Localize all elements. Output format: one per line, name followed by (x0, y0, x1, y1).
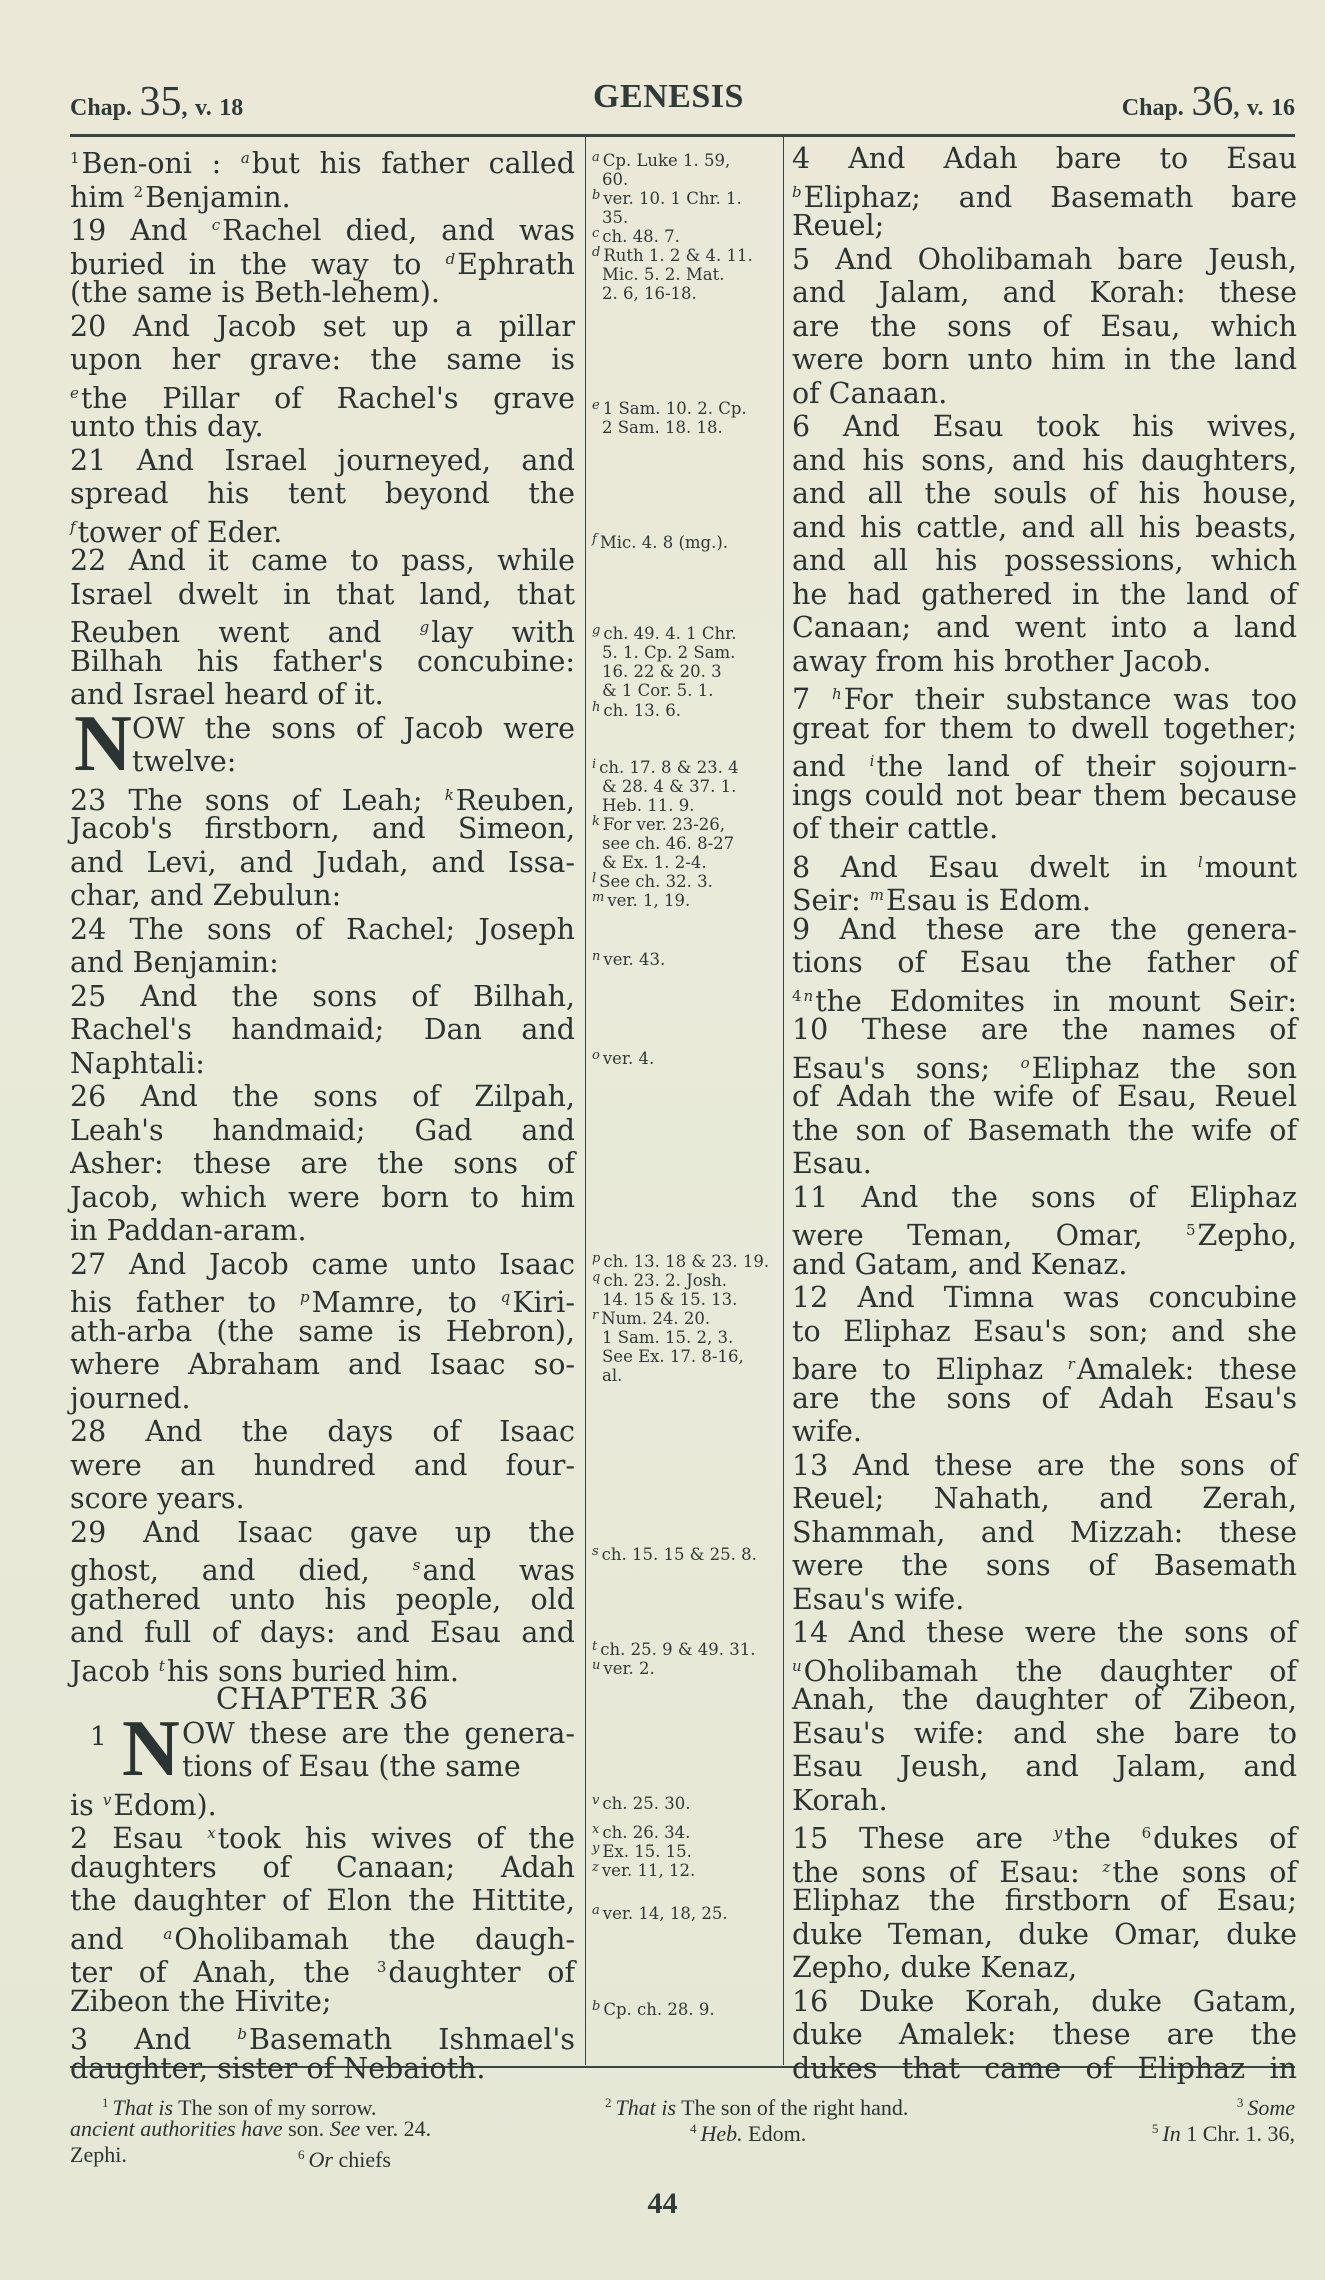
text-line: and Jalam, and Korah: these (792, 276, 1297, 310)
text-line: 19 And cRachel died, and was (70, 209, 575, 243)
reference-letter: f (592, 532, 597, 547)
cross-reference-a: aCp. Luke 1. 59,60. (592, 148, 776, 189)
text-block-36-1-3: is vEdom). 2 Esau xtook his wives of the… (70, 1784, 575, 2086)
text-line: Shammah, and Mizzah: these (792, 1516, 1297, 1550)
reference-letter: x (592, 1822, 599, 1837)
text-line: Esau's sons; oEliphaz the son (792, 1047, 1297, 1081)
reference-letter: t (592, 1639, 597, 1654)
text-line: Esau Jeush, and Jalam, and (792, 1750, 1297, 1784)
text-line: were the sons of Basemath (792, 1549, 1297, 1583)
footnotes: 1That is The son of my sorrow. 2That is … (70, 2090, 1295, 2168)
text-line: and Israel heard of it. (70, 678, 575, 712)
text-line: 12 And Timna was concubine (792, 1281, 1297, 1315)
footnote-marker: 2 (134, 183, 144, 201)
drop-cap: N (74, 708, 132, 780)
footnote-line-2: ancient authorities have son. See ver. 2… (70, 2116, 1295, 2142)
cross-reference-marker: b (237, 2025, 247, 2043)
text-line: bare to Eliphaz rAmalek: these (792, 1348, 1297, 1382)
text-line: to Eliphaz Esau's son; and she (792, 1315, 1297, 1349)
drop-line-1: OW these are the genera- (182, 1717, 575, 1751)
drop-line-2: tions of Esau (the same (182, 1750, 575, 1784)
reference-letter: b (592, 1999, 600, 2014)
text-line: Reuel; (792, 209, 1297, 243)
text-line: 2 Esau xtook his wives of the (70, 1817, 575, 1851)
text-line: wife. (792, 1415, 1297, 1449)
text-line: and Levi, and Judah, and Issa- (70, 846, 575, 880)
running-head: Chap. 35, v. 18 GENESIS Chap. 36, v. 16 (70, 78, 1295, 128)
text-line: daughters of Canaan; Adah (70, 1851, 575, 1885)
text-line: gathered unto his people, old (70, 1583, 575, 1617)
footnote-line-1: 1That is The son of my sorrow. 2That is … (70, 2090, 1295, 2116)
cross-reference-marker: s (413, 1556, 421, 1574)
text-line: and all the souls of his house, (792, 477, 1297, 511)
cross-reference-d: dRuth 1. 2 & 4. 11.Mic. 5. 2. Mat.2. 6, … (592, 243, 776, 303)
cross-reference-marker: e (70, 384, 79, 402)
header-rule (70, 134, 1295, 137)
cross-reference-marker: f (70, 518, 76, 536)
text-line: Jacob, which were born to him (70, 1181, 575, 1215)
text-line: 27 And Jacob came unto Isaac (70, 1248, 575, 1282)
footnote-line-3: Zephi. 6Or chiefs (70, 2142, 1295, 2168)
text-line: Israel dwelt in that land, that (70, 578, 575, 612)
column-divider-left (585, 137, 586, 2065)
column-divider-right (783, 137, 784, 2065)
text-line: 10 These are the names of (792, 1013, 1297, 1047)
reference-letter: h (592, 700, 600, 715)
text-line: Seir: mEsau is Edom. (792, 879, 1297, 913)
text-line: daughter, sister of Nebaioth. (70, 2052, 575, 2086)
text-line: ter of Anah, the 3daughter of (70, 1951, 575, 1985)
reference-letter: a (592, 1903, 600, 1918)
chap-label-left: Chap. (70, 95, 132, 121)
text-line: of their cattle. (792, 812, 1297, 846)
text-line: away from his brother Jacob. (792, 645, 1297, 679)
text-line: Canaan; and went into a land (792, 611, 1297, 645)
footnote-marker: 3 (377, 1958, 387, 1976)
cross-reference-marker: q (501, 1288, 511, 1306)
cross-reference-b: bCp. ch. 28. 9. (592, 1997, 776, 2019)
text-line: duke Amalek: these are the (792, 2018, 1297, 2052)
text-line: Esau's wife. (792, 1583, 1297, 1617)
cross-reference-o: over. 4. (592, 1046, 776, 1068)
text-line: bEliphaz; and Basemath bare (792, 176, 1297, 210)
text-line: dukes that came of Eliphaz in (792, 2052, 1297, 2086)
reference-letter: i (592, 757, 596, 772)
reference-letter: v (592, 1793, 599, 1808)
cross-reference-marker: p (300, 1288, 310, 1306)
cross-reference-marker: y (1054, 1824, 1062, 1842)
text-line: 20 And Jacob set up a pillar (70, 310, 575, 344)
cross-reference-marker: l (1198, 853, 1203, 871)
text-line: and his sons, and his daughters, (792, 444, 1297, 478)
text-line: Naphtali: (70, 1047, 575, 1081)
reference-letter: z (592, 1860, 599, 1875)
text-line: were Teman, Omar, 5Zepho, (792, 1214, 1297, 1248)
text-line: ethe Pillar of Rachel's grave (70, 377, 575, 411)
text-line: were an hundred and four- (70, 1449, 575, 1483)
cross-reference-v: vch. 25. 30. (592, 1791, 776, 1813)
text-line: and full of days: and Esau and (70, 1616, 575, 1650)
text-line: where Abraham and Isaac so- (70, 1348, 575, 1382)
text-line: of Adah the wife of Esau, Reuel (792, 1080, 1297, 1114)
text-line: the daughter of Elon the Hittite, (70, 1884, 575, 1918)
text-line: 3 And bBasemath Ishmael's (70, 2018, 575, 2052)
page-number: 44 (0, 2187, 1325, 2221)
text-line: tions of Esau the father of (792, 946, 1297, 980)
cross-reference-m: mver. 1, 19. (592, 888, 776, 910)
text-line: score years. (70, 1482, 575, 1516)
verse-number: 1 (90, 1721, 107, 1755)
drop-line-1: OW the sons of Jacob were (132, 712, 575, 746)
cross-reference-marker: o (1021, 1054, 1030, 1072)
text-line: of Canaan. (792, 377, 1297, 411)
cross-reference-marker: r (1068, 1355, 1075, 1373)
text-line: buried in the way to dEphrath (70, 243, 575, 277)
reference-letter: k (592, 814, 600, 829)
footnote-marker: 6 (1142, 1824, 1152, 1842)
text-line: Leah's handmaid; Gad and (70, 1114, 575, 1148)
running-head-left: Chap. 35, v. 18 (70, 78, 243, 126)
footnote-5-continued: Zephi. (70, 2142, 127, 2168)
text-line: great for them to dwell together; (792, 712, 1297, 746)
reference-letter: g (592, 623, 600, 638)
text-line: 9 And these are the genera- (792, 913, 1297, 947)
cross-reference-s: sch. 15. 15 & 25. 8. (592, 1542, 776, 1564)
text-line: are the sons of Adah Esau's (792, 1382, 1297, 1416)
text-line: 1Ben-oni : abut his father called (70, 142, 575, 176)
text-line: the son of Basemath the wife of (792, 1114, 1297, 1148)
right-text-column: 4 And Adah bare to EsaubEliphaz; and Bas… (792, 142, 1297, 2085)
reference-letter: e (592, 398, 600, 413)
cross-reference-marker: a (241, 149, 250, 167)
chap-number-left: 35 (140, 79, 182, 125)
text-line: he had gathered in the land of (792, 578, 1297, 612)
cross-reference-k: kFor ver. 23-26,see ch. 46. 8-27& Ex. 1.… (592, 812, 776, 872)
text-line: 14 And these were the sons of (792, 1616, 1297, 1650)
reference-letter: a (592, 150, 600, 165)
text-line: are the sons of Esau, which (792, 310, 1297, 344)
text-line: 23 The sons of Leah; kReuben, (70, 779, 575, 813)
running-head-right: Chap. 36, v. 16 (1122, 78, 1295, 126)
cross-reference-q: qch. 23. 2. Josh.14. 15 & 15. 13. (592, 1268, 776, 1309)
chap-label-right: Chap. (1122, 95, 1184, 121)
footnote-marker: 5 (1186, 1221, 1196, 1239)
drop-cap-paragraph-chapter-36: 1 N OW these are the genera- tions of Es… (70, 1717, 575, 1784)
cross-reference-marker: x (207, 1824, 215, 1842)
text-line: ftower of Eder. (70, 511, 575, 545)
text-line: 7 hFor their substance was too (792, 678, 1297, 712)
text-line: char, and Zebulun: (70, 879, 575, 913)
text-line: upon her grave: the same is (70, 343, 575, 377)
cross-reference-u: uver. 2. (592, 1656, 776, 1678)
cross-reference-marker: k (445, 786, 454, 804)
text-line: journed. (70, 1382, 575, 1416)
text-line: Reuben went and glay with (70, 611, 575, 645)
footnote-marker: 4 (792, 987, 802, 1005)
bible-page: Chap. 35, v. 18 GENESIS Chap. 36, v. 16 … (0, 0, 1325, 2280)
cross-reference-b: bver. 10. 1 Chr. 1.35. (592, 186, 776, 227)
drop-line-2: twelve: (132, 745, 575, 779)
text-line: 4 And Adah bare to Esau (792, 142, 1297, 176)
footnote-3-continued: ancient authorities have son. See ver. 2… (70, 2116, 431, 2142)
text-line: 25 And the sons of Bilhah, (70, 980, 575, 1014)
text-line: Korah. (792, 1784, 1297, 1818)
text-line: duke Teman, duke Omar, duke (792, 1918, 1297, 1952)
text-line: Esau's wife: and she bare to (792, 1717, 1297, 1751)
cross-reference-marker: m (870, 886, 884, 904)
drop-cap-paragraph-jacob-sons: N OW the sons of Jacob were twelve: (70, 712, 575, 779)
text-line: 11 And the sons of Eliphaz (792, 1181, 1297, 1215)
text-line: Jacob this sons buried him. (70, 1650, 575, 1684)
text-block-35-23-29: 23 The sons of Leah; kReuben,Jacob's fir… (70, 779, 575, 1684)
text-line: the sons of Esau: zthe sons of (792, 1851, 1297, 1885)
text-line: 13 And these are the sons of (792, 1449, 1297, 1483)
text-line: ings could not bear them because (792, 779, 1297, 813)
chap-number-right: 36 (1191, 79, 1233, 125)
reference-letter: s (592, 1544, 599, 1559)
text-line: 21 And Israel journeyed, and (70, 444, 575, 478)
cross-reference-marker: g (420, 618, 430, 636)
cross-reference-f: fMic. 4. 8 (mg.). (592, 530, 776, 552)
cross-reference-marker: t (159, 1657, 165, 1675)
text-line: Bilhah his father's concubine: (70, 645, 575, 679)
text-line: his father to pMamre, to qKiri- (70, 1281, 575, 1315)
text-line: ghost, and died, sand was (70, 1549, 575, 1583)
text-line: uOholibamah the daughter of (792, 1650, 1297, 1684)
book-title: GENESIS (593, 78, 744, 116)
footnote-marker: 1 (70, 149, 80, 167)
text-line: and his cattle, and all his beasts, (792, 511, 1297, 545)
cross-reference-marker: z (1102, 1858, 1110, 1876)
text-line: and all his possessions, which (792, 544, 1297, 578)
text-line: unto this day. (70, 410, 575, 444)
text-line: and ithe land of their sojourn- (792, 745, 1297, 779)
cross-reference-marker: a (163, 1925, 172, 1943)
cross-reference-z: zver. 11, 12. (592, 1858, 776, 1880)
footnote-6: 6Or chiefs (298, 2142, 391, 2173)
reference-letter: m (592, 890, 604, 905)
text-line: (the same is Beth-lehem). (70, 276, 575, 310)
text-line: and aOholibamah the daugh- (70, 1918, 575, 1952)
reference-letter: u (592, 1658, 600, 1673)
text-line: ath-arba (the same is Hebron), (70, 1315, 575, 1349)
cross-reference-marker: d (446, 250, 456, 268)
drop-cap: N (122, 1713, 180, 1785)
text-line: Eliphaz the firstborn of Esau; (792, 1884, 1297, 1918)
cross-reference-h: hch. 13. 6. (592, 698, 776, 720)
text-line: 29 And Isaac gave up the (70, 1516, 575, 1550)
text-line: 5 And Oholibamah bare Jeush, (792, 243, 1297, 277)
text-line: Asher: these are the sons of (70, 1147, 575, 1181)
cross-reference-marker: u (792, 1657, 802, 1675)
text-line: 4nthe Edomites in mount Seir: (792, 980, 1297, 1014)
reference-letter: o (592, 1048, 600, 1063)
text-line: and Benjamin: (70, 946, 575, 980)
cross-reference-r: rNum. 24. 20.1 Sam. 15. 2, 3.See Ex. 17.… (592, 1306, 776, 1385)
cross-reference-marker: v (103, 1791, 111, 1809)
reference-letter: l (592, 871, 596, 886)
cross-reference-a: aver. 14, 18, 25. (592, 1901, 776, 1923)
cross-reference-marker: c (212, 216, 220, 234)
text-line: spread his tent beyond the (70, 477, 575, 511)
left-text-column: 1Ben-oni : abut his father calledhim 2Be… (70, 142, 575, 2085)
verse-label-left: v. (195, 95, 212, 121)
text-line: Zibeon the Hivite; (70, 1985, 575, 2019)
reference-letter: c (592, 226, 599, 241)
cross-reference-marker: n (804, 987, 814, 1005)
verse-number-left: 18 (219, 95, 243, 121)
text-line: 26 And the sons of Zilpah, (70, 1080, 575, 1114)
text-line: 6 And Esau took his wives, (792, 410, 1297, 444)
cross-reference-e: e1 Sam. 10. 2. Cp.2 Sam. 18. 18. (592, 396, 776, 437)
cross-reference-marker: h (832, 685, 842, 703)
reference-letter: p (592, 1251, 600, 1266)
text-line: Jacob's firstborn, and Simeon, (70, 812, 575, 846)
text-line: 24 The sons of Rachel; Joseph (70, 913, 575, 947)
text-line: Anah, the daughter of Zibeon, (792, 1683, 1297, 1717)
text-line: 8 And Esau dwelt in lmount (792, 846, 1297, 880)
text-line: 22 And it came to pass, while (70, 544, 575, 578)
text-line: 15 These are ythe 6dukes of (792, 1817, 1297, 1851)
cross-reference-marker: i (870, 752, 875, 770)
cross-reference-n: nver. 43. (592, 947, 776, 969)
reference-letter: b (592, 188, 600, 203)
reference-letter: n (592, 949, 600, 964)
text-line: were born unto him in the land (792, 343, 1297, 377)
verse-number-right: 16 (1271, 95, 1295, 121)
cross-reference-g: gch. 49. 4. 1 Chr.5. 1. Cp. 2 Sam.16. 22… (592, 621, 776, 700)
cross-reference-marker: b (792, 183, 802, 201)
text-line: 16 Duke Korah, duke Gatam, (792, 1985, 1297, 2019)
cross-reference-i: ich. 17. 8 & 23. 4& 28. 4 & 37. 1.Heb. 1… (592, 755, 776, 815)
text-line: Reuel; Nahath, and Zerah, (792, 1482, 1297, 1516)
text-line: Esau. (792, 1147, 1297, 1181)
text-line: Rachel's handmaid; Dan and (70, 1013, 575, 1047)
text-line: and Gatam, and Kenaz. (792, 1248, 1297, 1282)
text-block-35-18-22: 1Ben-oni : abut his father calledhim 2Be… (70, 142, 575, 712)
text-line: 28 And the days of Isaac (70, 1415, 575, 1449)
text-line: Zepho, duke Kenaz, (792, 1951, 1297, 1985)
reference-letter: y (592, 1841, 599, 1856)
reference-letter: r (592, 1308, 598, 1323)
text-line: him 2Benjamin. (70, 176, 575, 210)
text-line: in Paddan-aram. (70, 1214, 575, 1248)
reference-letter: d (592, 245, 600, 260)
reference-letter: q (592, 1270, 600, 1285)
verse-label-right: v. (1247, 95, 1264, 121)
